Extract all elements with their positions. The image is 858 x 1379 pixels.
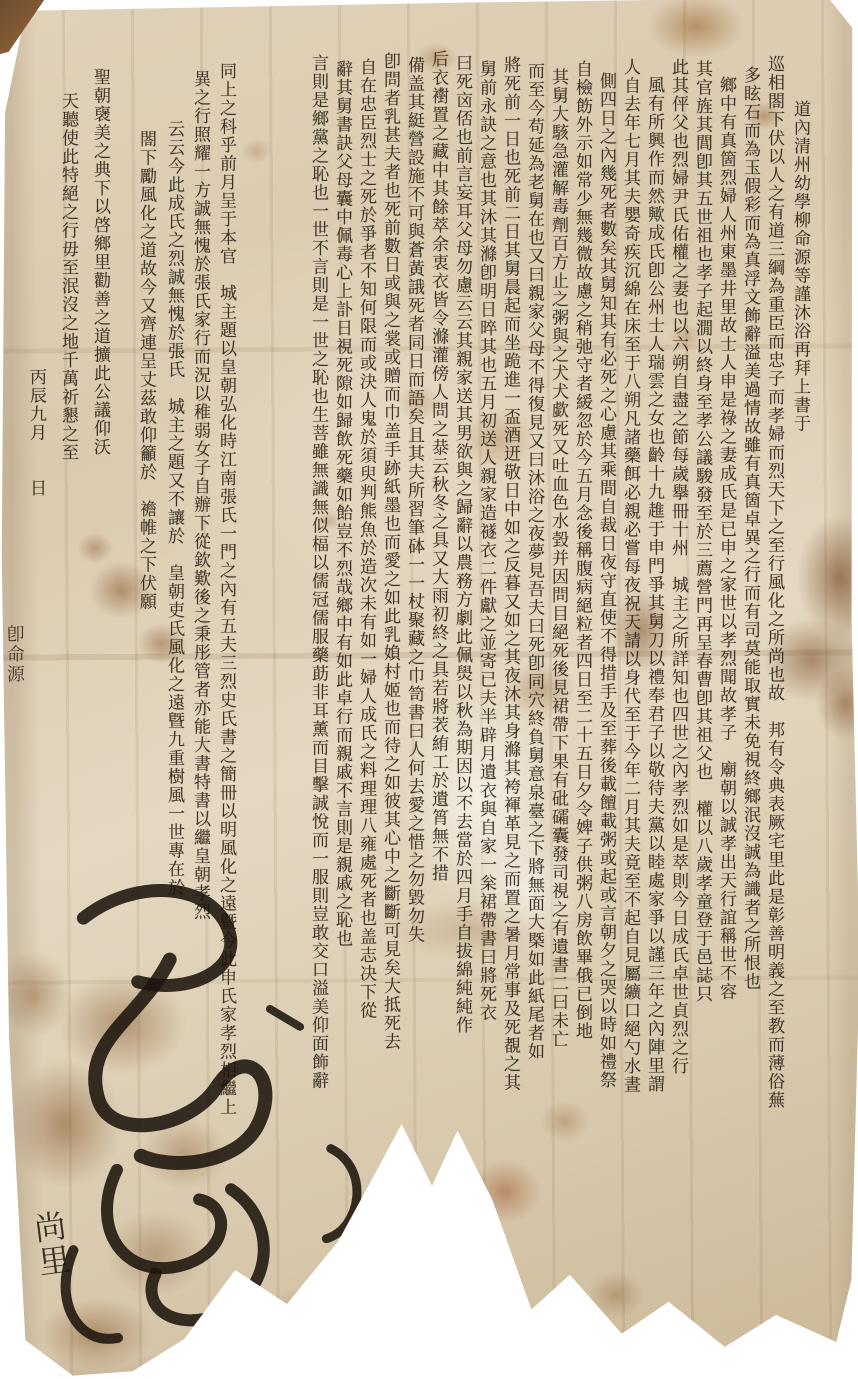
text-column: 閤下勵風化之道故今又齊連呈丈茲敢仰籲於 襜帷之下伏願 bbox=[134, 130, 158, 611]
text-column: 側四日之內幾死者數矣其舅知其有必死之心慮其乘間自裁日夜守直使不得措手及至葬後載饘… bbox=[594, 72, 618, 1090]
text-column: 鄉中有真箇烈婦人州東墨井里故士人申是祿之妻成氏是已申之家世以孝烈聞故孝子 廟朝以… bbox=[714, 76, 738, 1001]
text-column: 人自去年七月其夫嬰奇疾沉綿在床至于八朔凡諸藥餌必親必嘗每夜祝天請以身代至于今年二… bbox=[618, 58, 642, 1094]
text-column: 多眩石而為玉假彩而為真浮文飾辭溢美過情故雖有真箇卓異之行而有司莫能取實未免視終鄉… bbox=[738, 66, 762, 991]
text-column: 其舅大駭急灌解毒劑百方止之粥與之犬犬歔死又吐血色水㲄并因問目絕死後見裙帶下果有砒… bbox=[546, 68, 570, 1049]
text-column: 辭其舅書訣父母囊中佩毒心上訃日視死隙如歸飲死藥如飴豈不烈哉鄉中有如此卓行而親戚不… bbox=[330, 60, 354, 948]
text-column: 道內清州幼學柳命源等謹沐浴再拜上書于 bbox=[788, 100, 812, 433]
text-column: 天聽使此特絕之行毋至泯沒之地千萬祈懇之至 bbox=[56, 92, 80, 462]
manuscript-paper: 道內清州幼學柳命源等謹沐浴再拜上書于巡相閤下伏以人之有道三綱為重臣而忠子而孝婦而… bbox=[0, 0, 858, 1379]
edge-fragment: 卽命源 bbox=[1, 624, 27, 684]
text-columns-layer: 道內清州幼學柳命源等謹沐浴再拜上書于巡相閤下伏以人之有道三綱為重臣而忠子而孝婦而… bbox=[0, 0, 858, 1379]
manuscript-photo: 道內清州幼學柳命源等謹沐浴再拜上書于巡相閤下伏以人之有道三綱為重臣而忠子而孝婦而… bbox=[0, 0, 858, 1379]
text-column: 聖朝襃美之典下以啓鄉里勸善之道擴此公議仰沃 bbox=[88, 68, 112, 457]
signature-stroke bbox=[356, 1258, 384, 1318]
text-column: 云云今此成氏之烈誠無愧於張氏 城主之題又不讓於 皇朝吏氏風化之遠曁九重樹風一世專… bbox=[162, 120, 186, 897]
text-column: 將死前一日也死前二日其舅晨起而坐跪進一盃酒䢎敬日中如之反暮又如之其夜沐其身滌其袴… bbox=[498, 56, 522, 1092]
text-column: 其官旌其閭卽其五世祖也孝子起㵎以終身至孝公議駿發至於三薦營門再呈春曹卽其祖父也 … bbox=[690, 60, 714, 1004]
text-column: 同上之科乎前月呈于本官 城主題以皇朝弘化時江南張氏一門之內有五夫三烈史氏書之簡冊… bbox=[214, 62, 238, 1117]
text-column: 巡相閤下伏以人之有道三綱為重臣而忠子而孝婦而烈天下之至行風化之所尚也故 邦有令典… bbox=[762, 55, 786, 1110]
text-column: 舅前永訣之意也其沐其滌卽明日晬其也五月初送人親家造禭衣二件獻之並寄已夫半辟月遺衣… bbox=[474, 60, 498, 1022]
text-column: 卽問者乳甚夫者也死前數日或與之裳或贈而巾盖手跡紙墨也而愛之如此乳媍村姬也而待之如… bbox=[378, 52, 402, 1051]
text-column: 風有所興作而然歟成氏卽公州士人瑞雲之女也齡十九趡于申門爭其舅刀以禮奉君子以敬待夫… bbox=[642, 76, 666, 1094]
text-column: 異之行照耀一方誠無愧於張氏家行而況以稚弱女子自辦下從欽歎後之秉彤管者亦能大書特書… bbox=[188, 70, 212, 921]
text-column: 備盖其綎營設施不可與蒼黃誐死者同日而語矣且其夫所習筆砵一一杖聚藏之巾笥書曰人何去… bbox=[402, 56, 426, 944]
text-column: 自在忠臣烈士之死於爭者不知何限而或決人鬼於須臾判熊魚於造次未有如一婦人成氏之料理… bbox=[354, 58, 378, 1020]
text-column: 自檢飭外示如常少無幾微故慮之稍弛守者緩忽於今五月念後稱腹病絕粒者四日至二十五日夕… bbox=[570, 60, 594, 1041]
edge-fragment: 尚里 bbox=[23, 1208, 77, 1281]
text-column: 而至今苟延為老舅在也又曰親家父母不得復見又曰沐浴之夜夢見吾夫曰死卽同穴終負舅意泉… bbox=[522, 62, 546, 1061]
date-column: 丙辰九月 日 bbox=[24, 368, 48, 498]
text-column: 此其伻父也烈婦尹氏佑權之妻也以六朔自盡之節每歲擧冊十州 城主之所詳知也四世之內孝… bbox=[666, 58, 690, 1076]
text-column: 曰死㐫俖也前言妄耳父母勿慮云云其親家送其男欲與之歸辭以農務方劇此佩燢以秋為期因以… bbox=[450, 54, 474, 1035]
text-column: 言則是鄉黨之恥也一世不言則是一世之恥也生菩雖無識無似楅以儒冠儒服藥莇非耳薰而目擊… bbox=[306, 54, 330, 1090]
text-column: 后衣襨置之藏中其餘萃余衷衣皆令滌灌傍人問之㳟云秋冬之具又大雨初終之具若將䒾絠工於… bbox=[426, 50, 450, 883]
